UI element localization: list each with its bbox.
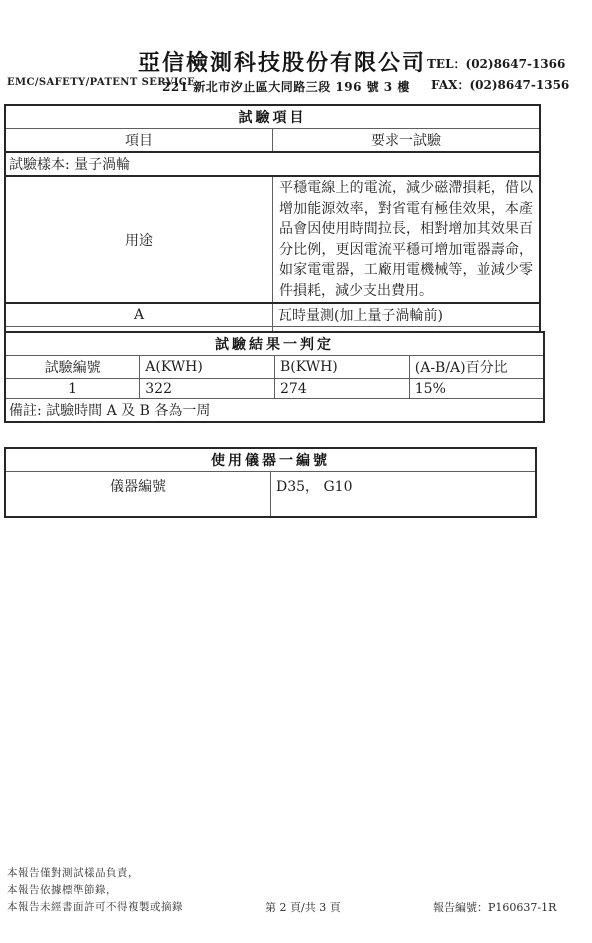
results-header-cell: B(KWH): [275, 356, 410, 379]
results-data-cell: 274: [275, 379, 410, 399]
table-row: 項目 要求一試驗: [5, 129, 540, 153]
company-address: 221 新北市汐止區大同路三段 196 號 3 樓: [162, 78, 410, 95]
footer-disclaimer: 本報告未經書面許可不得複製或摘錄: [7, 899, 183, 914]
table-row: 備註: 試驗時間 A 及 B 各為一周: [5, 399, 544, 423]
table-row: 1 322 274 15%: [5, 379, 544, 399]
item-label: 項目: [5, 129, 273, 153]
results-data-cell: 322: [140, 379, 275, 399]
results-header-cell: (A-B/A)百分比: [409, 356, 544, 379]
instrument-label: 儀器編號: [5, 472, 271, 518]
page-number: 第 2 頁/共 3 頁: [265, 899, 341, 915]
usage-value: 平穩電線上的電流，減少磁滯損耗，借以增加能源效率，對省電有極佳效果，本產品會因使…: [273, 176, 541, 303]
usage-label: 用途: [5, 176, 273, 303]
table-row: 試驗樣本: 量子渦輪: [5, 152, 540, 176]
results-title: 試驗結果一判定: [5, 332, 544, 356]
results-data-cell: 15%: [409, 379, 544, 399]
table-row: 用途 平穩電線上的電流，減少磁滯損耗，借以增加能源效率，對省電有極佳效果，本產品…: [5, 176, 540, 303]
instruments-table: 使用儀器一編號 儀器編號 D35， G10: [4, 447, 537, 518]
footer-disclaimer: 本報告僅對測試樣品負責，: [7, 865, 139, 880]
item-value: 要求一試驗: [273, 129, 541, 153]
table-row: 儀器編號 D35， G10: [5, 472, 536, 518]
test-items-title: 試驗項目: [5, 105, 540, 129]
report-number: 報告編號：P160637-1R: [433, 899, 556, 915]
company-name: 亞信檢測科技股份有限公司: [138, 46, 426, 77]
row-a-value: 瓦時量測(加上量子渦輪前): [273, 303, 541, 327]
fax-number: FAX：(02)8647-1356: [431, 76, 569, 93]
footer-disclaimer: 本報告依據標準節錄，: [7, 882, 117, 897]
results-note: 備註: 試驗時間 A 及 B 各為一周: [5, 399, 544, 423]
instruments-title: 使用儀器一編號: [5, 448, 536, 472]
table-row: 試驗結果一判定: [5, 332, 544, 356]
tel-number: TEL：(02)8647-1366: [427, 55, 565, 72]
table-row: 試驗項目: [5, 105, 540, 129]
table-row: 使用儀器一編號: [5, 448, 536, 472]
row-a-label: A: [5, 303, 273, 327]
results-data-cell: 1: [5, 379, 140, 399]
results-header-cell: 試驗編號: [5, 356, 140, 379]
instrument-value: D35， G10: [271, 472, 537, 518]
results-table: 試驗結果一判定 試驗編號 A(KWH) B(KWH) (A-B/A)百分比 1 …: [4, 331, 545, 423]
table-row: A 瓦時量測(加上量子渦輪前): [5, 303, 540, 327]
table-row: 試驗編號 A(KWH) B(KWH) (A-B/A)百分比: [5, 356, 544, 379]
report-page: EMC/SAFETY/PATENT SERVICE 亞信檢測科技股份有限公司 2…: [0, 0, 592, 943]
results-header-cell: A(KWH): [140, 356, 275, 379]
sample-line: 試驗樣本: 量子渦輪: [5, 152, 540, 176]
